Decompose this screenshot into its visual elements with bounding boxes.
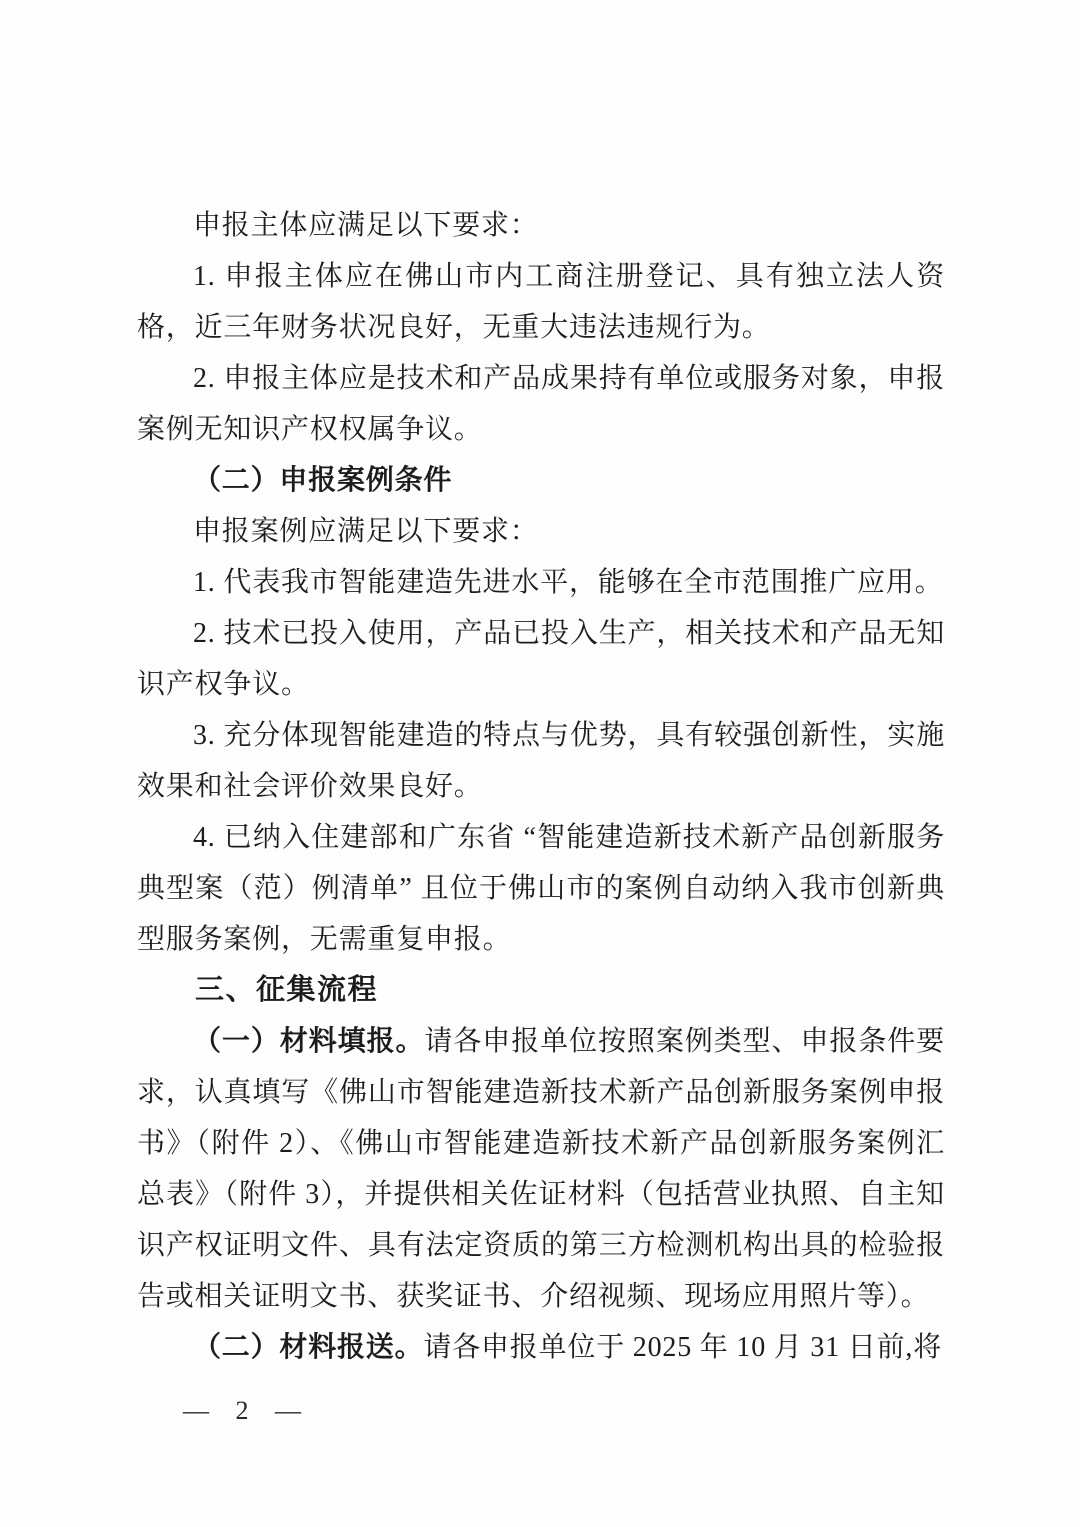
section-heading-collection-process: 三、征集流程	[137, 965, 945, 1016]
paragraph-material-submission: （二）材料报送。请各申报单位于 2025 年 10 月 31 日前,将	[137, 1322, 945, 1373]
page-number: — 2 —	[183, 1396, 311, 1426]
paragraph-lead-material-submission: （二）材料报送。	[193, 1332, 423, 1363]
paragraph-text-material-submission: 请各申报单位于 2025 年 10 月 31 日前,将	[423, 1332, 942, 1363]
paragraph-material-filling: （一）材料填报。请各申报单位按照案例类型、申报条件要求，认真填写《佛山市智能建造…	[137, 1016, 945, 1322]
paragraph-lead-material-filling: （一）材料填报。	[193, 1026, 424, 1057]
paragraph-text-material-filling: 请各申报单位按照案例类型、申报条件要求，认真填写《佛山市智能建造新技术新产品创新…	[137, 1026, 945, 1312]
paragraph-case-condition-3: 3. 充分体现智能建造的特点与优势，具有较强创新性，实施效果和社会评价效果良好。	[137, 710, 945, 812]
paragraph-case-condition-1: 1. 代表我市智能建造先进水平，能够在全市范围推广应用。	[137, 557, 945, 608]
paragraph-requirements-intro: 申报主体应满足以下要求：	[137, 200, 945, 251]
section-subheading-case-conditions: （二）申报案例条件	[137, 455, 945, 506]
paragraph-subject-condition-2: 2. 申报主体应是技术和产品成果持有单位或服务对象，申报案例无知识产权权属争议。	[137, 353, 945, 455]
document-page: 申报主体应满足以下要求： 1. 申报主体应在佛山市内工商注册登记、具有独立法人资…	[0, 0, 1080, 1527]
paragraph-case-requirements-intro: 申报案例应满足以下要求：	[137, 506, 945, 557]
paragraph-case-condition-4: 4. 已纳入住建部和广东省 “智能建造新技术新产品创新服务典型案（范）例清单” …	[137, 812, 945, 965]
document-body: 申报主体应满足以下要求： 1. 申报主体应在佛山市内工商注册登记、具有独立法人资…	[137, 200, 945, 1373]
paragraph-subject-condition-1: 1. 申报主体应在佛山市内工商注册登记、具有独立法人资格，近三年财务状况良好，无…	[137, 251, 945, 353]
paragraph-case-condition-2: 2. 技术已投入使用，产品已投入生产，相关技术和产品无知识产权争议。	[137, 608, 945, 710]
